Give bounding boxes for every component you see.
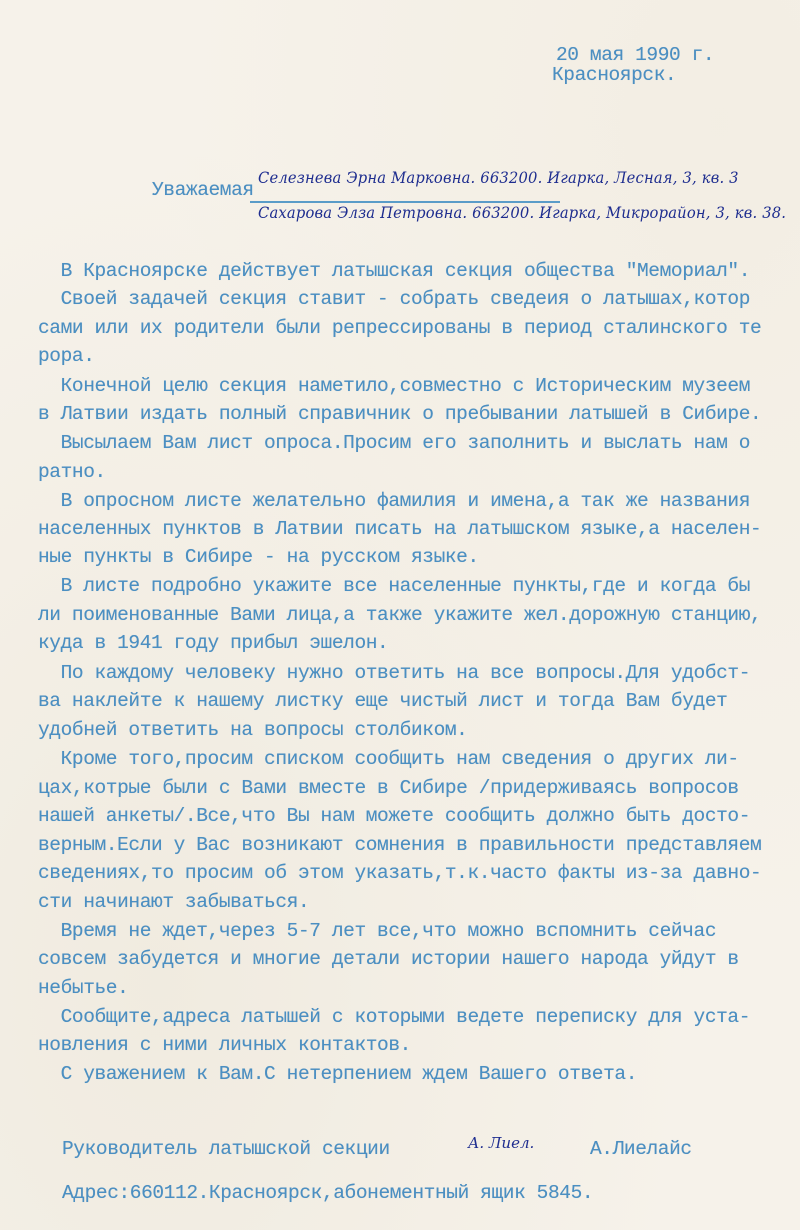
body-line: Время не ждет,через 5-7 лет все,что можн… bbox=[38, 922, 716, 942]
signature-role: Руководитель латышской секции bbox=[62, 1140, 390, 1160]
body-line: сведениях,то просим об этом указать,т.к.… bbox=[38, 864, 761, 884]
body-line: По каждому человеку нужно ответить на вс… bbox=[38, 664, 750, 684]
body-line: ные пункты в Сибире - на русском языке. bbox=[38, 548, 479, 568]
body-line: ли поименованные Вами лица,а также укажи… bbox=[38, 606, 761, 626]
return-address: Адрес:660112.Красноярск,абонементный ящи… bbox=[62, 1184, 593, 1204]
body-line: совсем забудется и многие детали истории… bbox=[38, 950, 739, 970]
body-line: сами или их родители были репрессированы… bbox=[38, 319, 761, 339]
body-line: рора. bbox=[38, 347, 95, 367]
signatory-name: А.Лиелайс bbox=[590, 1140, 692, 1160]
body-line: населенных пунктов в Латвии писать на ла… bbox=[38, 520, 761, 540]
body-line: небытье. bbox=[38, 979, 128, 999]
body-line: В опросном листе желательно фамилия и им… bbox=[38, 492, 750, 512]
body-line: сти начинают забываться. bbox=[38, 893, 309, 913]
body-line: ва наклейте к нашему листку еще чистый л… bbox=[38, 692, 727, 712]
body-line: в Латвии издать полный справичник о преб… bbox=[38, 405, 761, 425]
body-line: нашей анкеты/.Все,что Вы нам можете сооб… bbox=[38, 807, 750, 827]
letter-date: 20 мая 1990 г. bbox=[556, 46, 714, 66]
body-line: В Красноярске действует латышская секция… bbox=[38, 262, 750, 282]
body-line: Своей задачей секция ставит - собрать св… bbox=[38, 290, 750, 310]
salutation-greeting: Уважаемая bbox=[152, 181, 254, 201]
body-line: куда в 1941 году прибыл эшелон. bbox=[38, 634, 388, 654]
handwritten-recipient-1: Селезнева Эрна Марковна. 663200. Игарка,… bbox=[258, 168, 739, 187]
body-line: цах,котрые были с Вами вместе в Сибире /… bbox=[38, 779, 739, 799]
body-line: Сообщите,адреса латышей с которыми ведет… bbox=[38, 1008, 750, 1028]
body-line: верным.Если у Вас возникают сомнения в п… bbox=[38, 836, 761, 856]
body-line: Конечной целю секция наметило,совместно … bbox=[38, 377, 750, 397]
body-line: Высылаем Вам лист опроса.Просим его запо… bbox=[38, 434, 750, 454]
body-line: ратно. bbox=[38, 463, 106, 483]
body-line: новления с ними личных контактов. bbox=[38, 1036, 411, 1056]
letter-city: Красноярск. bbox=[552, 66, 676, 86]
body-line: С уважением к Вам.С нетерпением ждем Ваш… bbox=[38, 1065, 637, 1085]
body-line: удобней ответить на вопросы столбиком. bbox=[38, 721, 467, 741]
handwritten-signature: А. Лиел. bbox=[468, 1134, 534, 1152]
handwritten-recipient-2: Сахарова Элза Петровна. 663200. Игарка, … bbox=[258, 203, 786, 222]
body-line: В листе подробно укажите все населенные … bbox=[38, 577, 750, 597]
body-line: Кроме того,просим списком сообщить нам с… bbox=[38, 750, 739, 770]
